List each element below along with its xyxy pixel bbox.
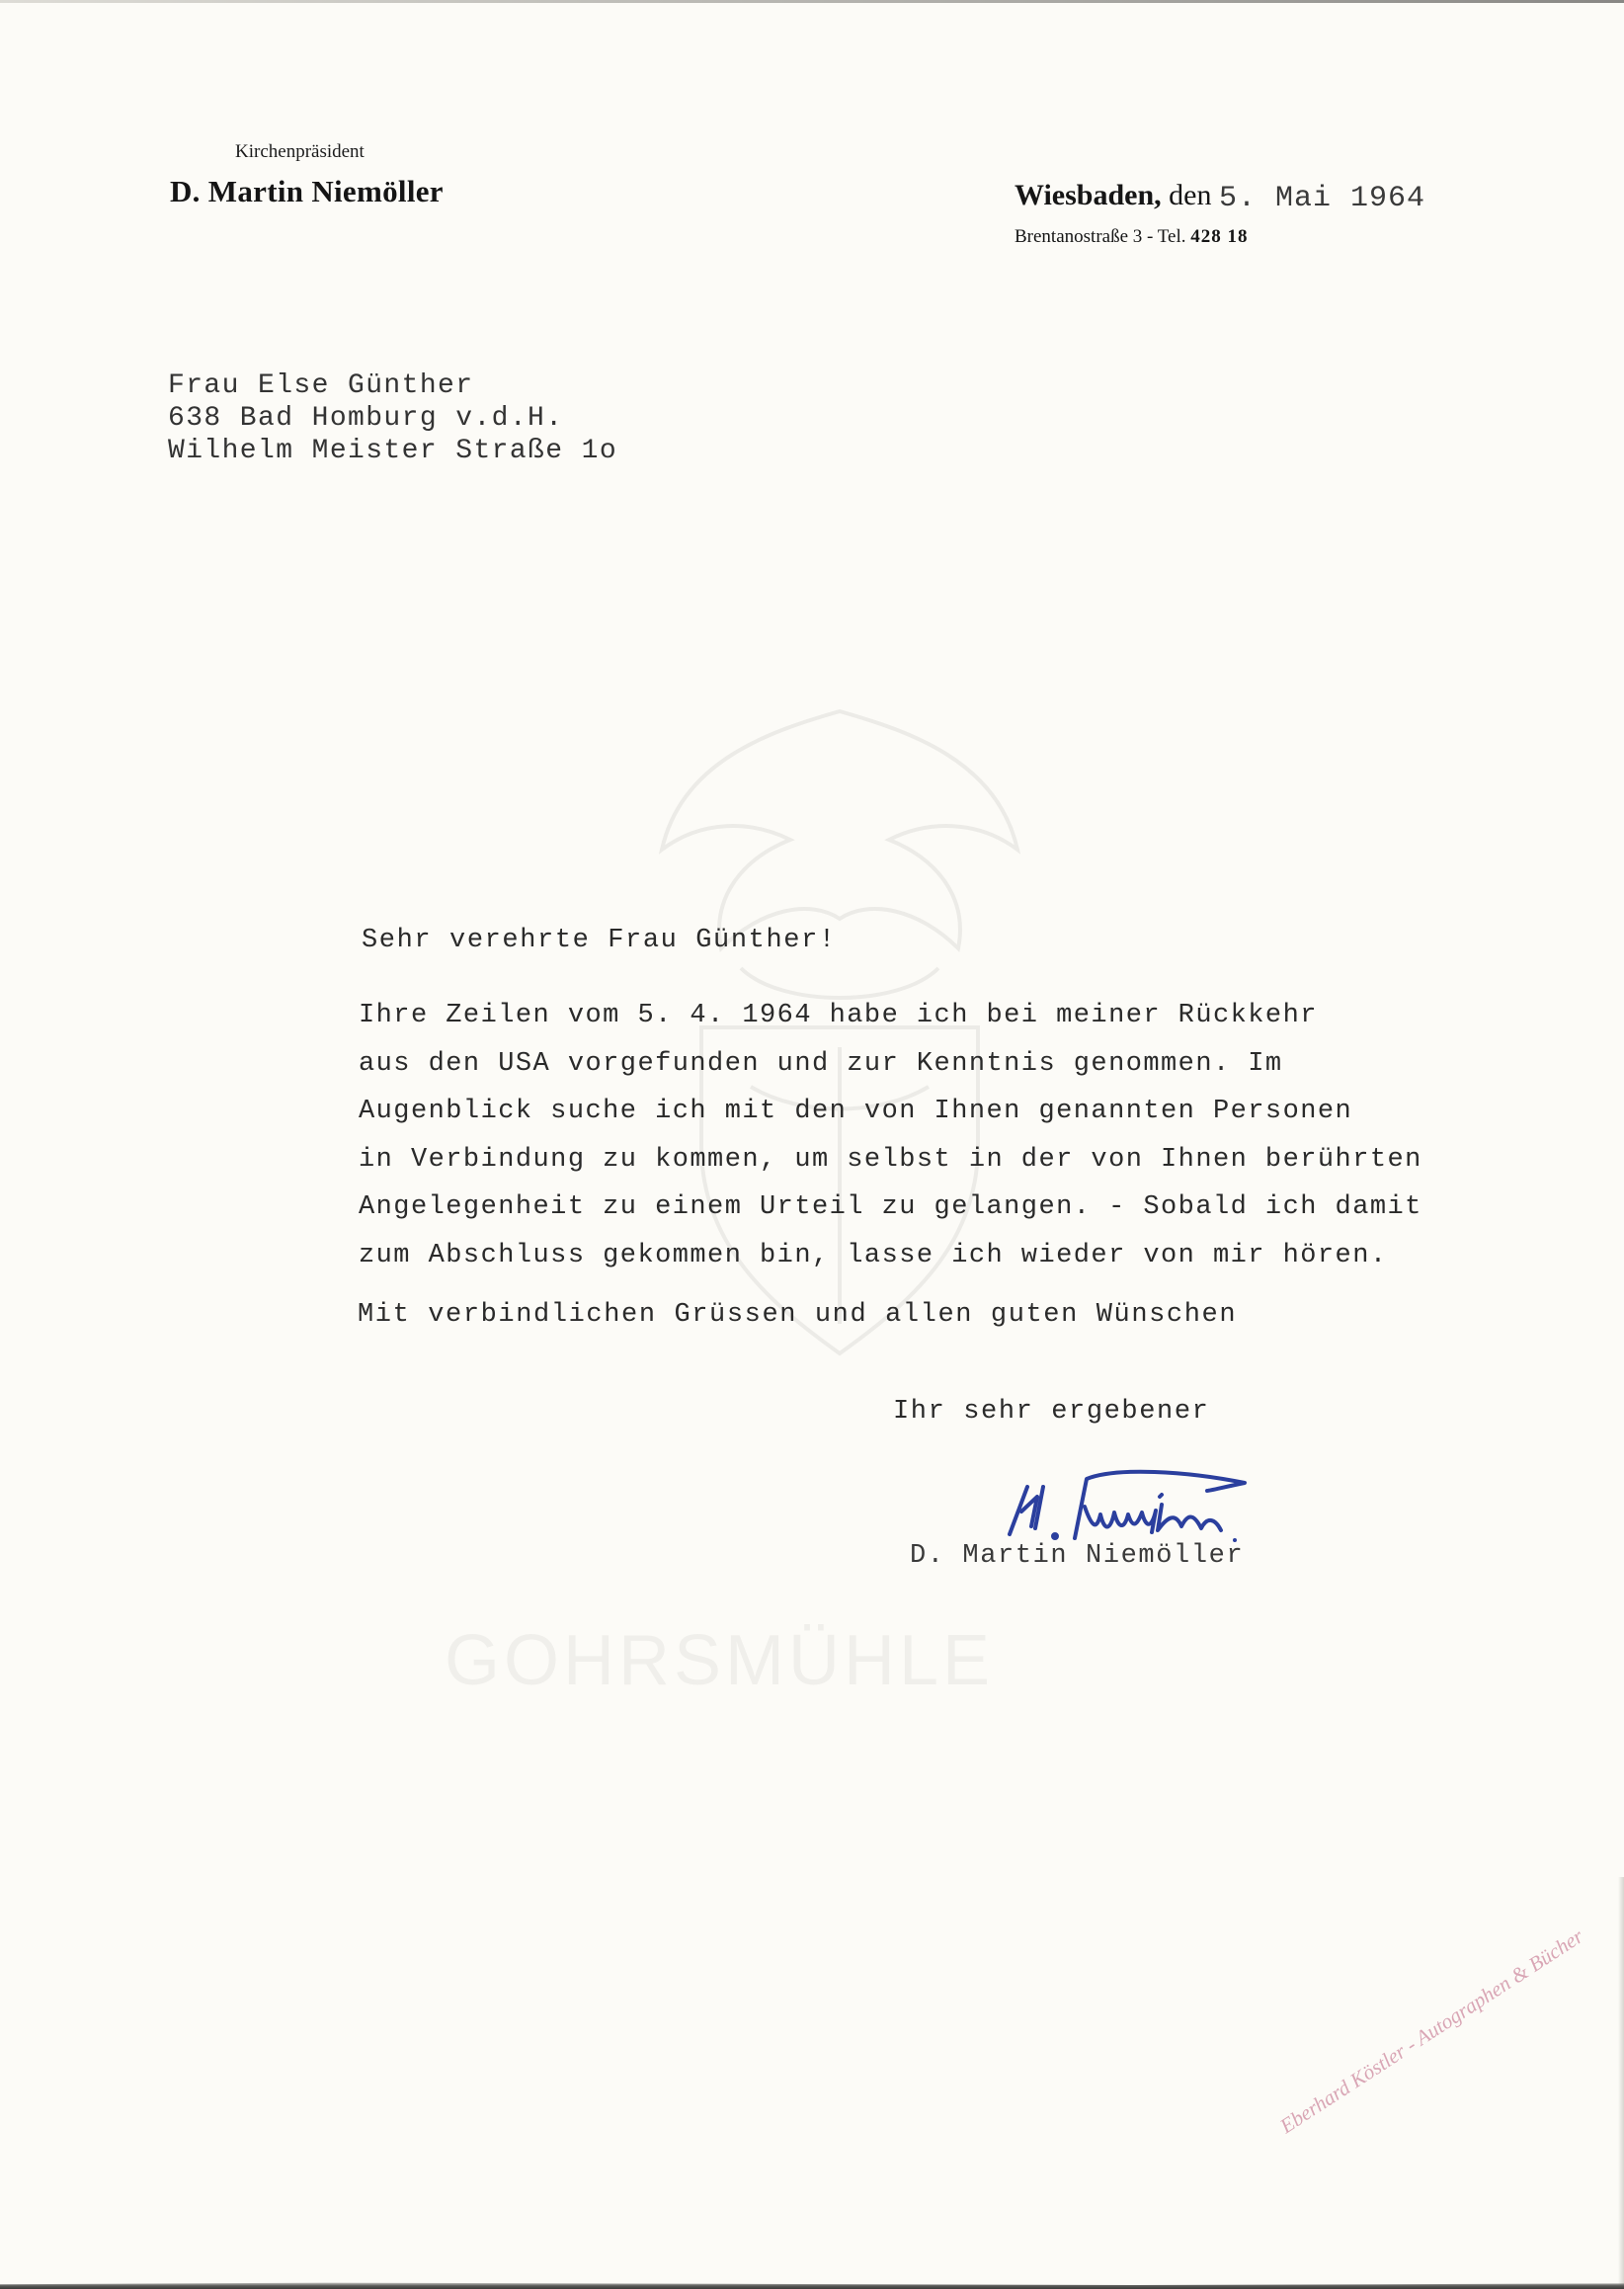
- page-edge-bottom: [0, 2281, 1624, 2289]
- dealer-stamp: Eberhard Köstler - Autographen & Bücher: [1275, 1924, 1587, 2139]
- recipient-address: Frau Else Günther 638 Bad Homburg v.d.H.…: [168, 369, 617, 467]
- letterhead-place: Wiesbaden, den: [1015, 179, 1211, 212]
- letterhead-address: Brentanostraße 3 - Tel. 428 18: [1015, 226, 1249, 248]
- body-line: Ihre Zeilen vom 5. 4. 1964 habe ich bei …: [359, 992, 1422, 1040]
- paper-watermark: GOHRSMÜHLE: [445, 1620, 994, 1701]
- salutation: Sehr verehrte Frau Günther!: [362, 926, 837, 955]
- letterhead-street: Brentanostraße 3 - Tel.: [1015, 226, 1186, 247]
- body-line: aus den USA vorgefunden und zur Kenntnis…: [359, 1040, 1422, 1089]
- body-line: Augenblick suche ich mit den von Ihnen g…: [359, 1088, 1422, 1136]
- letterhead-title: Kirchenpräsident: [235, 141, 365, 163]
- letter-body: Ihre Zeilen vom 5. 4. 1964 habe ich bei …: [359, 992, 1422, 1279]
- letterhead-phone: 428 18: [1190, 226, 1248, 247]
- closing-line: Mit verbindlichen Grüssen und allen gute…: [358, 1300, 1237, 1330]
- body-line: in Verbindung zu kommen, um selbst in de…: [359, 1136, 1422, 1185]
- recipient-line: 638 Bad Homburg v.d.H.: [168, 402, 617, 435]
- page-edge-right: [1618, 1877, 1624, 2289]
- regards-line: Ihr sehr ergebener: [893, 1397, 1209, 1427]
- letterhead-name: D. Martin Niemöller: [170, 174, 444, 209]
- handwritten-signature-icon: [998, 1457, 1264, 1546]
- body-line: Angelegenheit zu einem Urteil zu gelange…: [359, 1184, 1422, 1232]
- page-edge-top: [0, 0, 1624, 3]
- recipient-line: Wilhelm Meister Straße 1o: [168, 435, 617, 467]
- letter-date: 5. Mai 1964: [1219, 182, 1425, 215]
- body-line: zum Abschluss gekommen bin, lasse ich wi…: [359, 1232, 1422, 1280]
- letterhead-city: Wiesbaden,: [1015, 179, 1162, 211]
- recipient-line: Frau Else Günther: [168, 369, 617, 402]
- letterhead-date-prefix: den: [1169, 179, 1211, 211]
- signer-name: D. Martin Niemöller: [910, 1541, 1244, 1571]
- letter-page: GOHRSMÜHLE Kirchenpräsident D. Martin Ni…: [0, 0, 1624, 2289]
